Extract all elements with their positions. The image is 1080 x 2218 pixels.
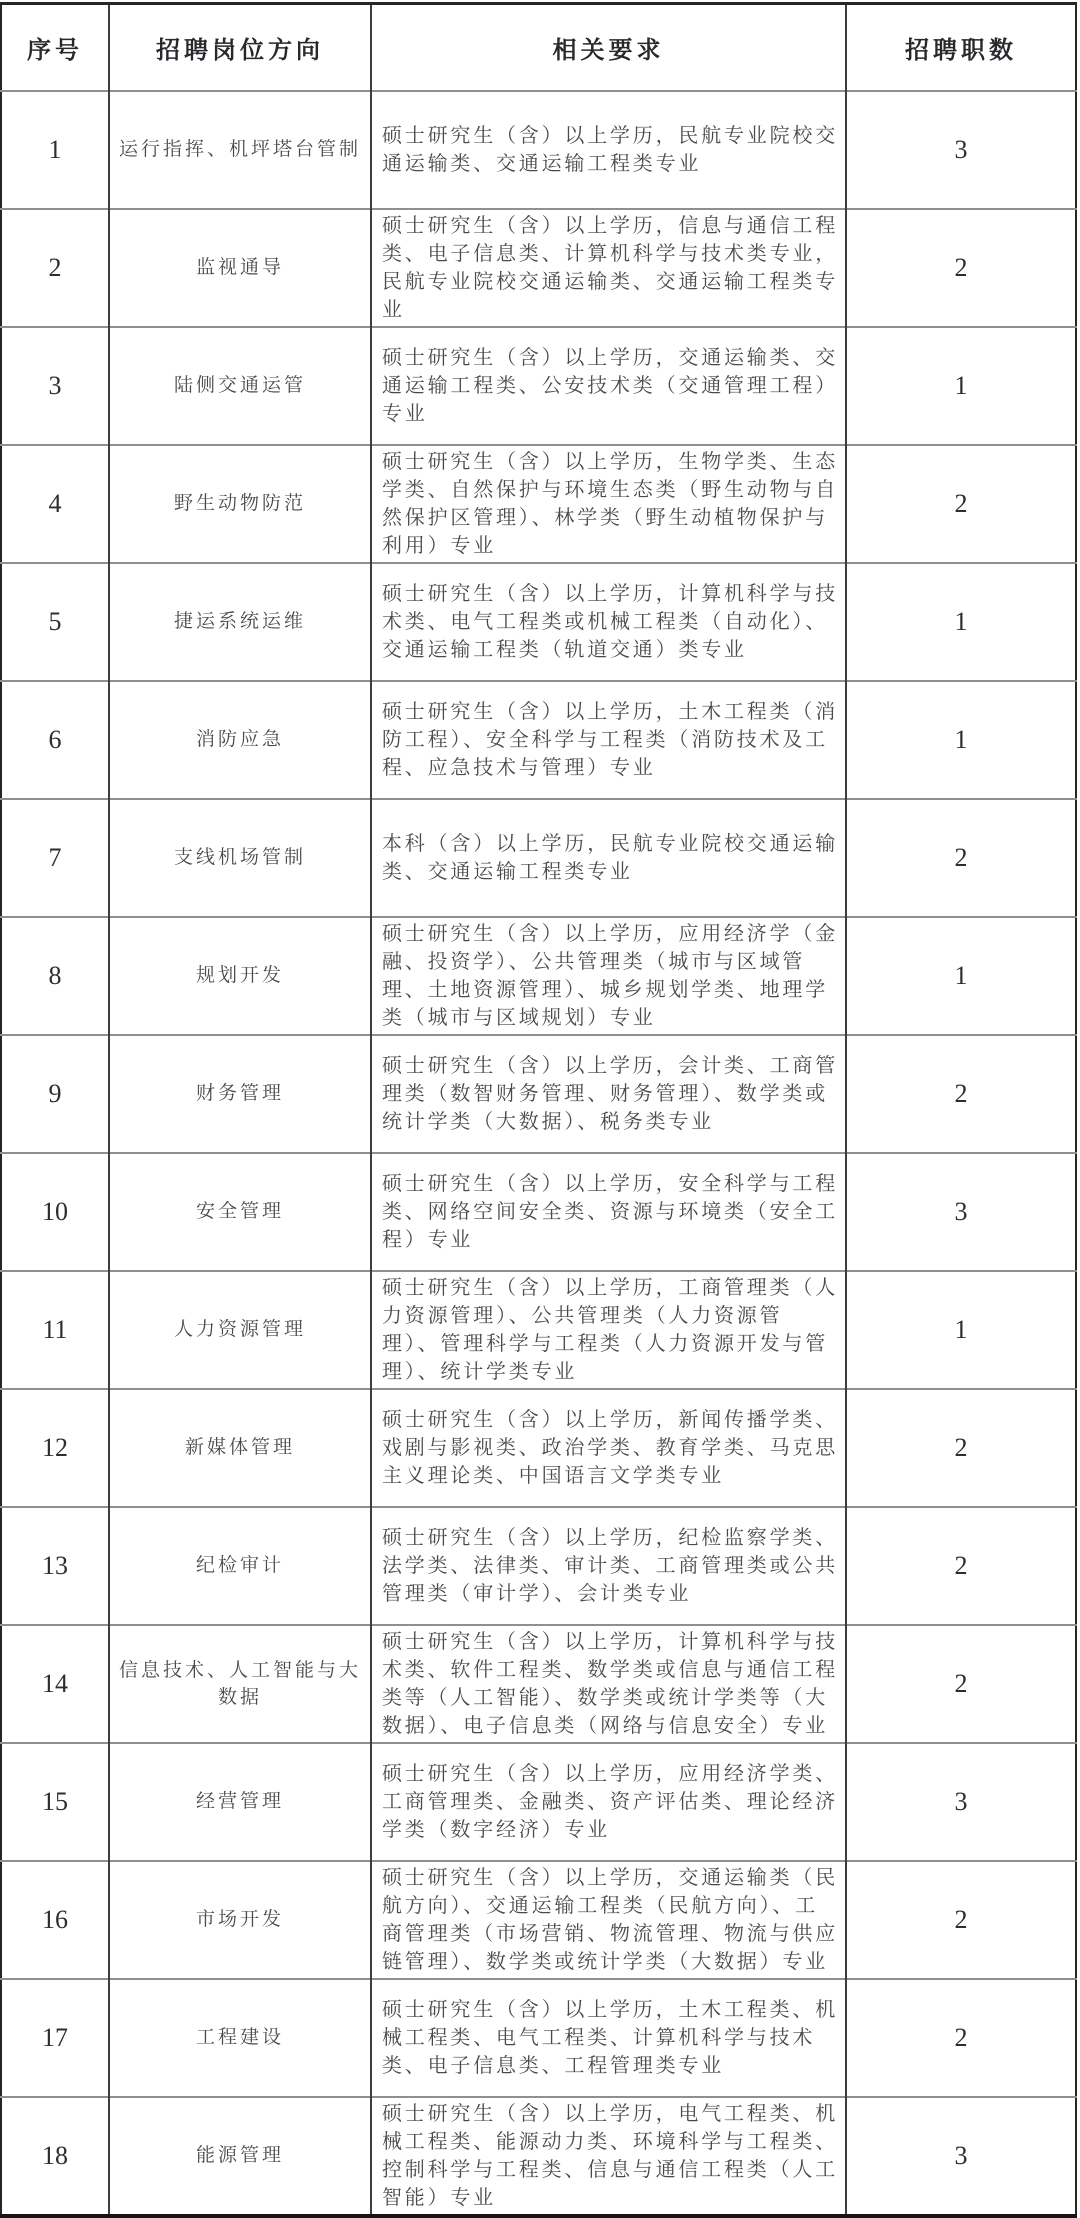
- table-body: 1 运行指挥、机坪塔台管制 硕士研究生（含）以上学历，民航专业院校交通运输类、交…: [1, 91, 1076, 2217]
- cell-headcount: 2: [846, 1035, 1076, 1153]
- table-row: 4 野生动物防范 硕士研究生（含）以上学历，生物学类、生态学类、自然保护与环境生…: [1, 445, 1076, 563]
- header-row: 序号 招聘岗位方向 相关要求 招聘职数: [1, 4, 1076, 91]
- cell-headcount: 2: [846, 1979, 1076, 2097]
- cell-requirements: 硕士研究生（含）以上学历，纪检监察学类、法学类、法律类、审计类、工商管理类或公共…: [371, 1507, 846, 1625]
- cell-serial-number: 18: [1, 2097, 109, 2217]
- cell-headcount: 3: [846, 91, 1076, 209]
- cell-position-direction: 规划开发: [109, 917, 371, 1035]
- cell-requirements: 硕士研究生（含）以上学历，计算机科学与技术类、电气工程类或机械工程类（自动化）、…: [371, 563, 846, 681]
- cell-headcount: 2: [846, 445, 1076, 563]
- cell-position-direction: 信息技术、人工智能与大数据: [109, 1625, 371, 1743]
- table-row: 7 支线机场管制 本科（含）以上学历，民航专业院校交通运输类、交通运输工程类专业…: [1, 799, 1076, 917]
- cell-serial-number: 7: [1, 799, 109, 917]
- cell-headcount: 2: [846, 1389, 1076, 1507]
- cell-requirements: 硕士研究生（含）以上学历，电气工程类、机械工程类、能源动力类、环境科学与工程类、…: [371, 2097, 846, 2217]
- cell-requirements: 硕士研究生（含）以上学历，应用经济学类、工商管理类、金融类、资产评估类、理论经济…: [371, 1743, 846, 1861]
- cell-position-direction: 工程建设: [109, 1979, 371, 2097]
- cell-headcount: 2: [846, 1861, 1076, 1979]
- table-row: 12 新媒体管理 硕士研究生（含）以上学历，新闻传播学类、戏剧与影视类、政治学类…: [1, 1389, 1076, 1507]
- cell-headcount: 3: [846, 2097, 1076, 2217]
- table-row: 3 陆侧交通运管 硕士研究生（含）以上学历，交通运输类、交通运输工程类、公安技术…: [1, 327, 1076, 445]
- cell-position-direction: 野生动物防范: [109, 445, 371, 563]
- table-row: 15 经营管理 硕士研究生（含）以上学历，应用经济学类、工商管理类、金融类、资产…: [1, 1743, 1076, 1861]
- table-row: 16 市场开发 硕士研究生（含）以上学历，交通运输类（民航方向）、交通运输工程类…: [1, 1861, 1076, 1979]
- cell-position-direction: 能源管理: [109, 2097, 371, 2217]
- cell-requirements: 硕士研究生（含）以上学历，应用经济学（金融、投资学）、公共管理类（城市与区域管理…: [371, 917, 846, 1035]
- recruitment-table: 序号 招聘岗位方向 相关要求 招聘职数 1 运行指挥、机坪塔台管制 硕士研究生（…: [0, 2, 1077, 2218]
- cell-headcount: 1: [846, 681, 1076, 799]
- cell-serial-number: 6: [1, 681, 109, 799]
- table-row: 1 运行指挥、机坪塔台管制 硕士研究生（含）以上学历，民航专业院校交通运输类、交…: [1, 91, 1076, 209]
- cell-position-direction: 纪检审计: [109, 1507, 371, 1625]
- cell-requirements: 硕士研究生（含）以上学历，工商管理类（人力资源管理）、公共管理类（人力资源管理）…: [371, 1271, 846, 1389]
- cell-headcount: 1: [846, 1271, 1076, 1389]
- cell-requirements: 硕士研究生（含）以上学历，会计类、工商管理类（数智财务管理、财务管理）、数学类或…: [371, 1035, 846, 1153]
- cell-serial-number: 13: [1, 1507, 109, 1625]
- cell-position-direction: 消防应急: [109, 681, 371, 799]
- cell-requirements: 硕士研究生（含）以上学历，生物学类、生态学类、自然保护与环境生态类（野生动物与自…: [371, 445, 846, 563]
- table-row: 10 安全管理 硕士研究生（含）以上学历，安全科学与工程类、网络空间安全类、资源…: [1, 1153, 1076, 1271]
- cell-position-direction: 支线机场管制: [109, 799, 371, 917]
- cell-serial-number: 3: [1, 327, 109, 445]
- table-row: 18 能源管理 硕士研究生（含）以上学历，电气工程类、机械工程类、能源动力类、环…: [1, 2097, 1076, 2217]
- cell-requirements: 硕士研究生（含）以上学历，土木工程类（消防工程）、安全科学与工程类（消防技术及工…: [371, 681, 846, 799]
- table-row: 13 纪检审计 硕士研究生（含）以上学历，纪检监察学类、法学类、法律类、审计类、…: [1, 1507, 1076, 1625]
- col-header-requirements: 相关要求: [371, 4, 846, 91]
- cell-position-direction: 运行指挥、机坪塔台管制: [109, 91, 371, 209]
- cell-serial-number: 5: [1, 563, 109, 681]
- cell-serial-number: 9: [1, 1035, 109, 1153]
- cell-serial-number: 1: [1, 91, 109, 209]
- cell-serial-number: 2: [1, 209, 109, 327]
- table-row: 2 监视通导 硕士研究生（含）以上学历，信息与通信工程类、电子信息类、计算机科学…: [1, 209, 1076, 327]
- table-row: 14 信息技术、人工智能与大数据 硕士研究生（含）以上学历，计算机科学与技术类、…: [1, 1625, 1076, 1743]
- cell-requirements: 本科（含）以上学历，民航专业院校交通运输类、交通运输工程类专业: [371, 799, 846, 917]
- table-row: 11 人力资源管理 硕士研究生（含）以上学历，工商管理类（人力资源管理）、公共管…: [1, 1271, 1076, 1389]
- cell-position-direction: 财务管理: [109, 1035, 371, 1153]
- cell-serial-number: 12: [1, 1389, 109, 1507]
- cell-position-direction: 捷运系统运维: [109, 563, 371, 681]
- cell-headcount: 1: [846, 917, 1076, 1035]
- cell-serial-number: 11: [1, 1271, 109, 1389]
- cell-serial-number: 14: [1, 1625, 109, 1743]
- cell-position-direction: 新媒体管理: [109, 1389, 371, 1507]
- page: 序号 招聘岗位方向 相关要求 招聘职数 1 运行指挥、机坪塔台管制 硕士研究生（…: [0, 0, 1080, 2218]
- table-header: 序号 招聘岗位方向 相关要求 招聘职数: [1, 4, 1076, 91]
- table-row: 6 消防应急 硕士研究生（含）以上学历，土木工程类（消防工程）、安全科学与工程类…: [1, 681, 1076, 799]
- cell-requirements: 硕士研究生（含）以上学历，信息与通信工程类、电子信息类、计算机科学与技术类专业，…: [371, 209, 846, 327]
- cell-position-direction: 安全管理: [109, 1153, 371, 1271]
- table-row: 9 财务管理 硕士研究生（含）以上学历，会计类、工商管理类（数智财务管理、财务管…: [1, 1035, 1076, 1153]
- cell-serial-number: 17: [1, 1979, 109, 2097]
- cell-headcount: 2: [846, 1507, 1076, 1625]
- cell-headcount: 3: [846, 1743, 1076, 1861]
- cell-serial-number: 8: [1, 917, 109, 1035]
- col-header-position: 招聘岗位方向: [109, 4, 371, 91]
- cell-position-direction: 监视通导: [109, 209, 371, 327]
- cell-serial-number: 4: [1, 445, 109, 563]
- cell-requirements: 硕士研究生（含）以上学历，土木工程类、机械工程类、电气工程类、计算机科学与技术类…: [371, 1979, 846, 2097]
- table-row: 5 捷运系统运维 硕士研究生（含）以上学历，计算机科学与技术类、电气工程类或机械…: [1, 563, 1076, 681]
- cell-requirements: 硕士研究生（含）以上学历，民航专业院校交通运输类、交通运输工程类专业: [371, 91, 846, 209]
- col-header-count: 招聘职数: [846, 4, 1076, 91]
- cell-requirements: 硕士研究生（含）以上学历，计算机科学与技术类、软件工程类、数学类或信息与通信工程…: [371, 1625, 846, 1743]
- cell-serial-number: 10: [1, 1153, 109, 1271]
- cell-position-direction: 经营管理: [109, 1743, 371, 1861]
- cell-requirements: 硕士研究生（含）以上学历，安全科学与工程类、网络空间安全类、资源与环境类（安全工…: [371, 1153, 846, 1271]
- col-header-no: 序号: [1, 4, 109, 91]
- cell-requirements: 硕士研究生（含）以上学历，交通运输类、交通运输工程类、公安技术类（交通管理工程）…: [371, 327, 846, 445]
- table-row: 8 规划开发 硕士研究生（含）以上学历，应用经济学（金融、投资学）、公共管理类（…: [1, 917, 1076, 1035]
- cell-position-direction: 市场开发: [109, 1861, 371, 1979]
- cell-headcount: 2: [846, 1625, 1076, 1743]
- cell-headcount: 2: [846, 209, 1076, 327]
- cell-serial-number: 15: [1, 1743, 109, 1861]
- cell-requirements: 硕士研究生（含）以上学历，新闻传播学类、戏剧与影视类、政治学类、教育学类、马克思…: [371, 1389, 846, 1507]
- cell-serial-number: 16: [1, 1861, 109, 1979]
- cell-headcount: 3: [846, 1153, 1076, 1271]
- cell-position-direction: 人力资源管理: [109, 1271, 371, 1389]
- cell-position-direction: 陆侧交通运管: [109, 327, 371, 445]
- cell-headcount: 1: [846, 327, 1076, 445]
- cell-requirements: 硕士研究生（含）以上学历，交通运输类（民航方向）、交通运输工程类（民航方向）、工…: [371, 1861, 846, 1979]
- cell-headcount: 2: [846, 799, 1076, 917]
- cell-headcount: 1: [846, 563, 1076, 681]
- table-row: 17 工程建设 硕士研究生（含）以上学历，土木工程类、机械工程类、电气工程类、计…: [1, 1979, 1076, 2097]
